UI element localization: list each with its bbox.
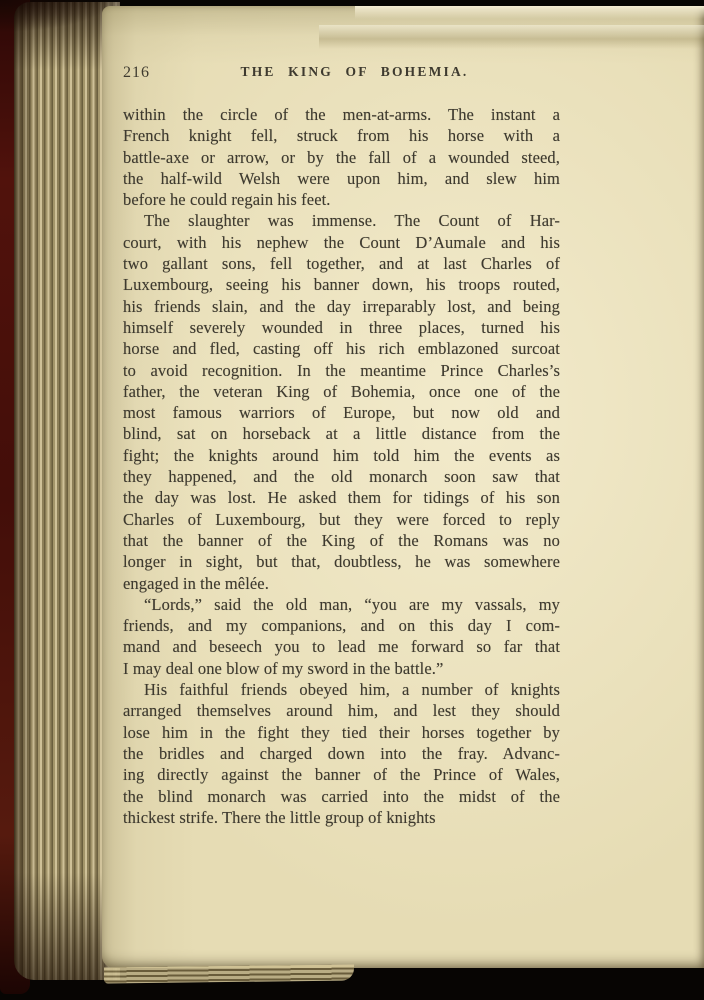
- text-line: his friends slain, and the day irreparab…: [123, 296, 560, 317]
- text-line: The slaughter was immense. The Count of …: [123, 210, 560, 231]
- text-line: father, the veteran King of Bohemia, onc…: [123, 381, 560, 402]
- bottom-under-page-edges: [104, 964, 354, 983]
- text-line: the bridles and charged down into the fr…: [123, 743, 560, 764]
- text-line: ing directly against the banner of the P…: [123, 764, 560, 785]
- text-line: Charles of Luxembourg, but they were for…: [123, 509, 560, 530]
- page-top-highlight: [355, 6, 704, 19]
- text-line: French knight fell, struck from his hors…: [123, 125, 560, 146]
- text-line: court, with his nephew the Count D’Aumal…: [123, 232, 560, 253]
- text-line: arranged themselves around him, and lest…: [123, 700, 560, 721]
- text-line: two gallant sons, fell together, and at …: [123, 253, 560, 274]
- body-text: within the circle of the men-at-arms. Th…: [123, 104, 560, 828]
- text-line: the blind monarch was carried into the m…: [123, 786, 560, 807]
- text-line: mand and beseech you to lead me forward …: [123, 636, 560, 657]
- text-line: that the banner of the King of the Roman…: [123, 530, 560, 551]
- text-line: most famous warriors of Europe, but now …: [123, 402, 560, 423]
- text-line: thickest strife. There the little group …: [123, 807, 560, 828]
- text-line: blind, sat on horseback at a little dist…: [123, 423, 560, 444]
- text-line: himself severely wounded in three places…: [123, 317, 560, 338]
- text-line: “Lords,” said the old man, “you are my v…: [123, 594, 560, 615]
- text-line: engaged in the mêlée.: [123, 573, 560, 594]
- text-line: the day was lost. He asked them for tidi…: [123, 487, 560, 508]
- scanned-book-photo: 216 THE KING OF BOHEMIA. within the circ…: [0, 0, 704, 1000]
- text-line: His faithful friends obeyed him, a numbe…: [123, 679, 560, 700]
- text-line: battle-axe or arrow, or by the fall of a…: [123, 147, 560, 168]
- text-line: longer in sight, but that, doubtless, he…: [123, 551, 560, 572]
- text-line: to avoid recognition. In the meantime Pr…: [123, 360, 560, 381]
- running-head: 216 THE KING OF BOHEMIA.: [123, 64, 560, 86]
- text-line: fight; the knights around him told him t…: [123, 445, 560, 466]
- text-line: friends, and my companions, and on this …: [123, 615, 560, 636]
- text-line: horse and fled, casting off his rich emb…: [123, 338, 560, 359]
- text-line: I may deal one blow of my sword in the b…: [123, 658, 560, 679]
- running-title: THE KING OF BOHEMIA.: [136, 64, 573, 80]
- text-line: Luxembourg, seeing his banner down, his …: [123, 274, 560, 295]
- text-line: they happened, and the old monarch soon …: [123, 466, 560, 487]
- text-line: lose him in the fight they tied their ho…: [123, 722, 560, 743]
- text-line: within the circle of the men-at-arms. Th…: [123, 104, 560, 125]
- text-line: before he could regain his feet.: [123, 189, 560, 210]
- text-line: the half-wild Welsh were upon him, and s…: [123, 168, 560, 189]
- page-top-shadow: [319, 25, 704, 49]
